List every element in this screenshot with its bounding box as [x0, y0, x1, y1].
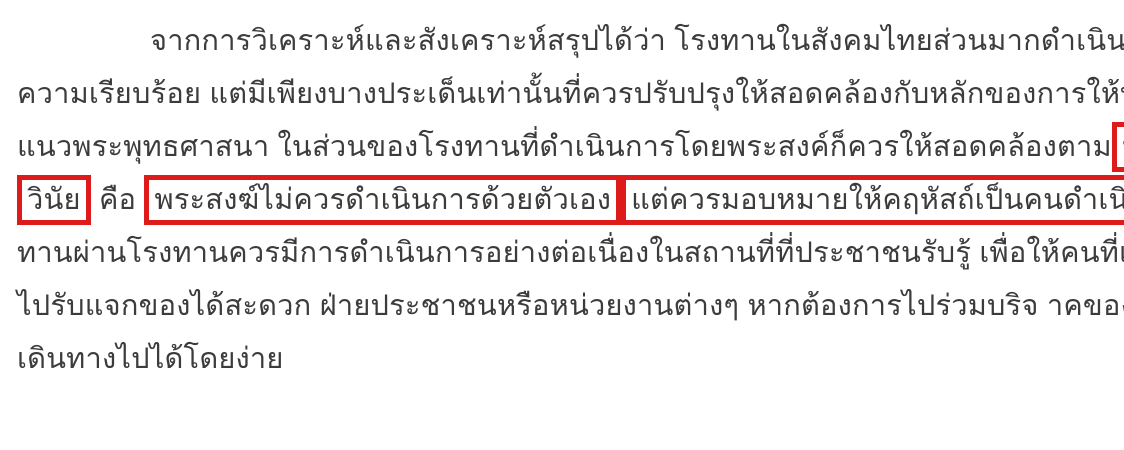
document-page: จากการวิเคราะห์และสังเคราะห์สรุปได้ว่า โ…: [0, 0, 1124, 450]
paragraph-line-2: ความเรียบร้อย แต่มีเพียงบางประเด็นเท่านั…: [17, 68, 1110, 121]
paragraph-line-7: เดินทางไปได้โดยง่าย: [17, 333, 1110, 386]
red-annotation-box: วินัย: [17, 175, 91, 225]
paragraph-line-1: จากการวิเคราะห์และสังเคราะห์สรุปได้ว่า โ…: [17, 15, 1110, 68]
text-run: คือ: [91, 184, 145, 216]
paragraph-line-3: แนวพระพุทธศาสนา ในส่วนของโรงทานที่ดำเนิน…: [17, 121, 1110, 174]
paragraph-line-5: ทานผ่านโรงทานควรมีการดำเนินการอย่างต่อเน…: [17, 227, 1110, 280]
text-run: ไปรับแจกของได้สะดวก ฝ่ายประชาชนหรือหน่วย…: [17, 290, 1124, 322]
paragraph-line-6: ไปรับแจกของได้สะดวก ฝ่ายประชาชนหรือหน่วย…: [17, 280, 1110, 333]
text-run: เดินทางไปได้โดยง่าย: [17, 343, 284, 375]
red-annotation-box: พระสงฆ์ไม่ควรดำเนินการด้วยตัวเอง: [144, 175, 621, 225]
text-run: จากการวิเคราะห์และสังเคราะห์สรุปได้ว่า โ…: [150, 25, 1124, 57]
red-annotation-box: หลักพระ: [1112, 122, 1124, 172]
red-annotation-box: แต่ควรมอบหมายให้คฤหัสถ์เป็นคนดำเนินการ: [621, 175, 1124, 225]
paragraph-line-4: วินัย คือ พระสงฆ์ไม่ควรดำเนินการด้วยตัวเ…: [17, 174, 1110, 227]
text-run: ความเรียบร้อย แต่มีเพียงบางประเด็นเท่านั…: [17, 78, 1124, 110]
text-run: ทานผ่านโรงทานควรมีการดำเนินการอย่างต่อเน…: [17, 237, 1124, 269]
text-run: แนวพระพุทธศาสนา ในส่วนของโรงทานที่ดำเนิน…: [17, 131, 1112, 163]
